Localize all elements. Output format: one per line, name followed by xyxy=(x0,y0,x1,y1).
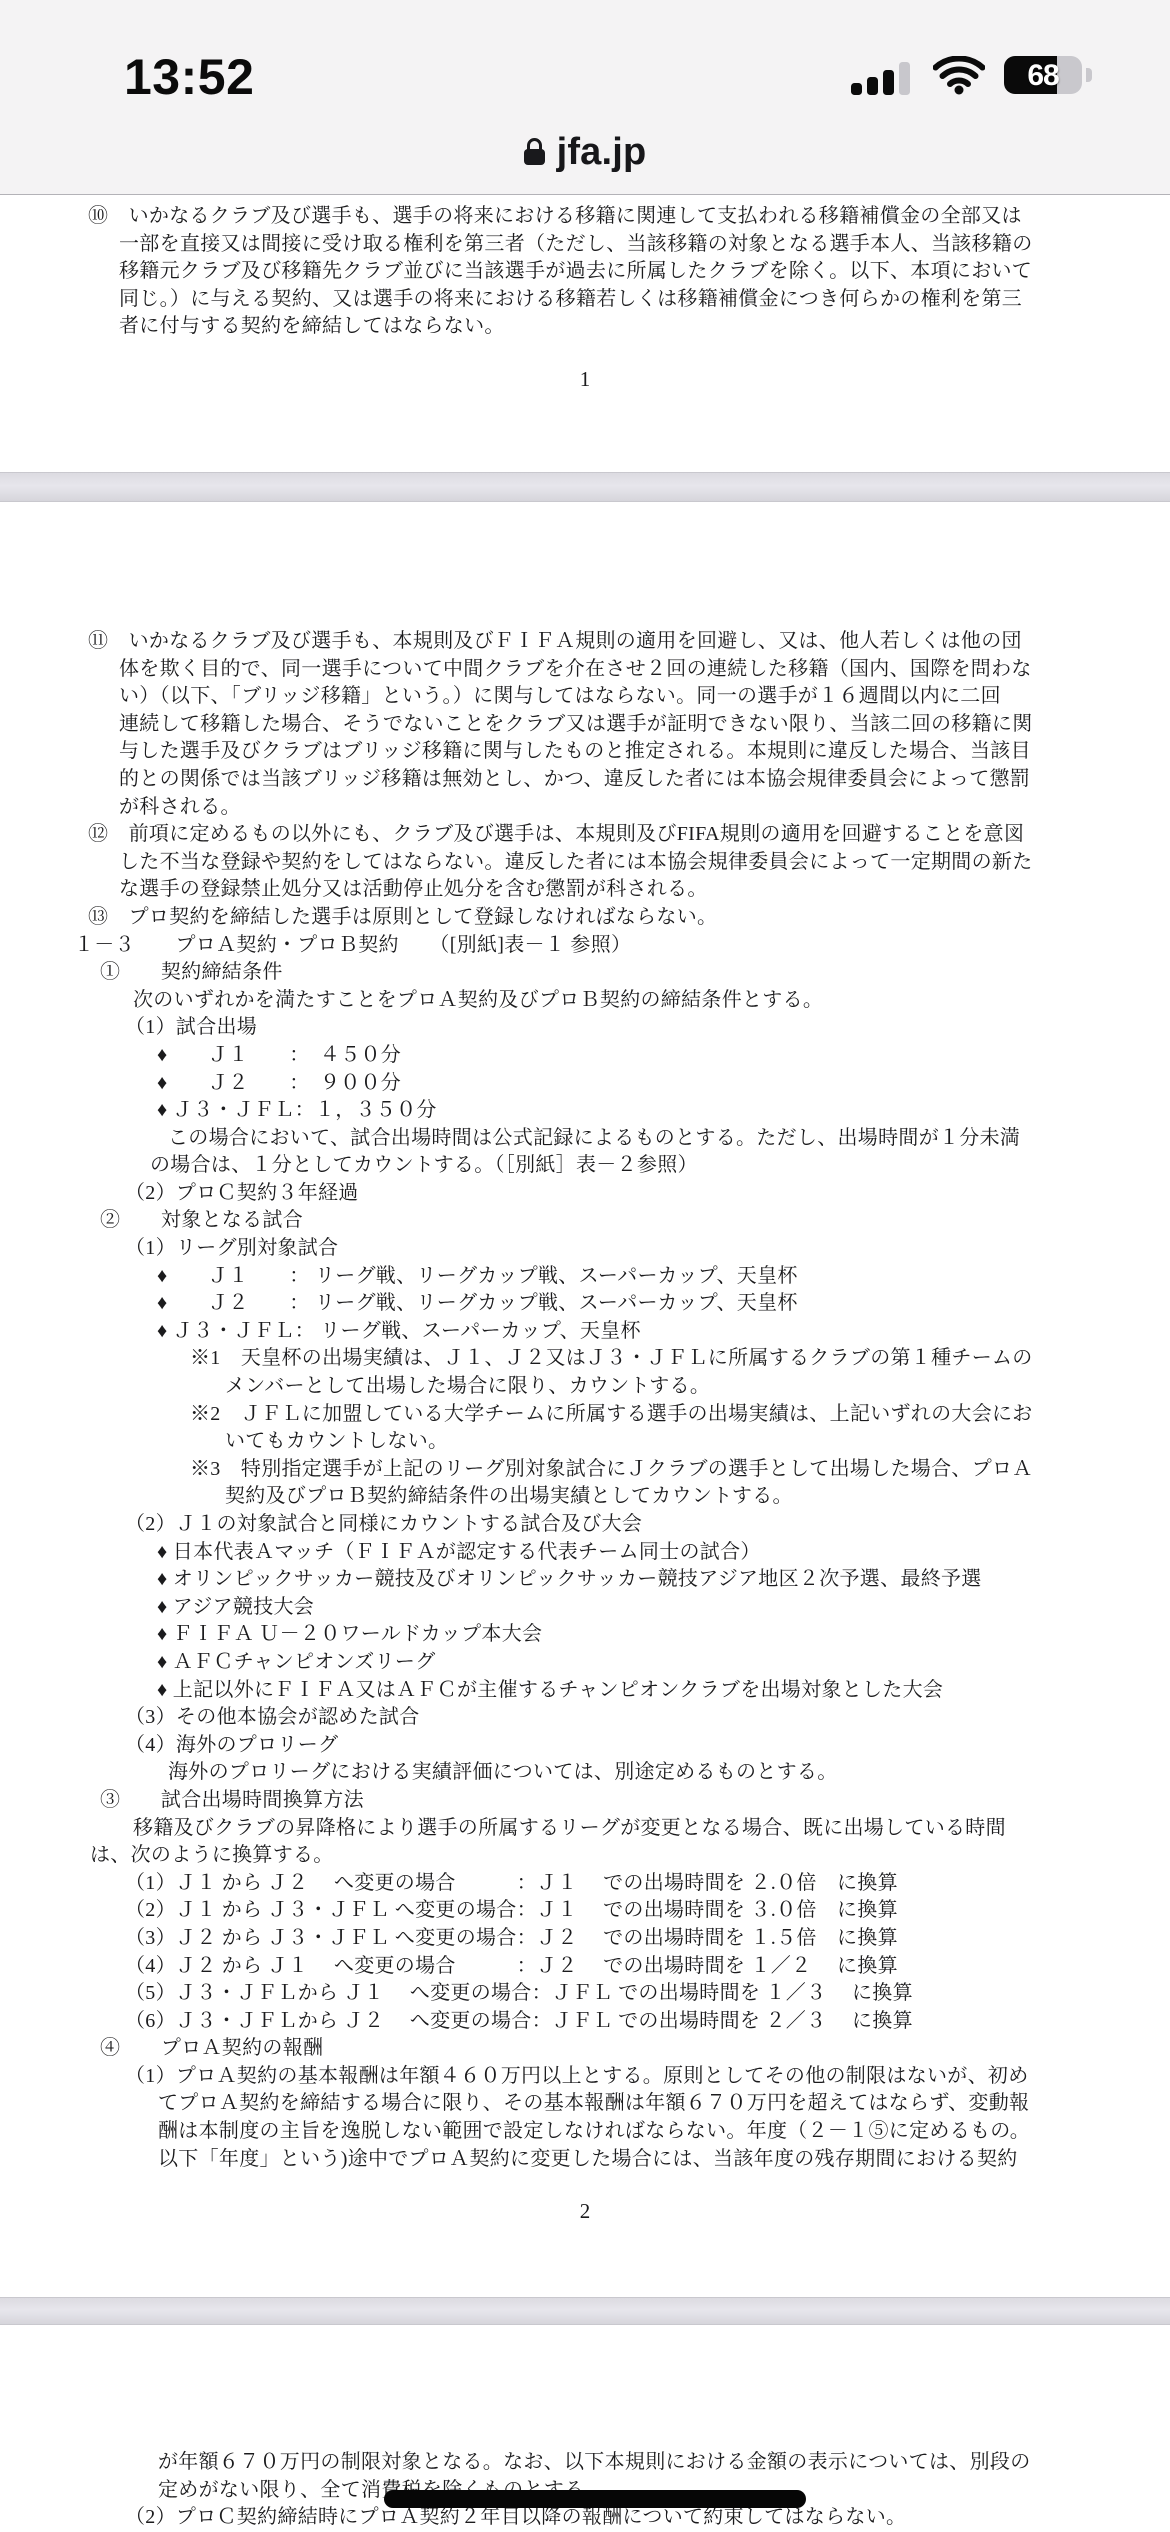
pdf-text-line: てプロＡ契約を締結する場合に限り、その基本報酬は年額６７０万円を超えてはならず、… xyxy=(0,2090,1170,2118)
pdf-text-line: （2）Ｊ１の対象試合と同様にカウントする試合及び大会 xyxy=(0,1511,1170,1539)
pdf-text-line: ⑫ 前項に定めるもの以外にも、クラブ及び選手は、本規則及びFIFA規則の適用を回… xyxy=(0,821,1170,849)
pdf-text-line: （1）試合出場 xyxy=(0,1014,1170,1042)
pdf-viewport[interactable]: ⑩ いかなるクラブ及び選手も、選手の将来における移籍に関連して支払われる移籍補償… xyxy=(0,195,1170,2532)
pdf-text-line: ⑩ いかなるクラブ及び選手も、選手の将来における移籍に関連して支払われる移籍補償… xyxy=(0,203,1170,231)
pdf-text-line: （2）プロＣ契約３年経過 xyxy=(0,1180,1170,1208)
pdf-text-line: が年額６７０万円の制限対象となる。なお、以下本規則における金額の表示については、… xyxy=(0,2449,1170,2477)
pdf-text-line: 海外のプロリーグにおける実績評価については、別途定めるものとする。 xyxy=(0,1759,1170,1787)
pdf-text-line: ♦ アジア競技大会 xyxy=(0,1594,1170,1622)
pdf-text-line: ♦ 上記以外にＦＩＦＡ又はＡＦＣが主催するチャンピオンクラブを出場対象とした大会 xyxy=(0,1677,1170,1705)
battery-cap xyxy=(1086,68,1092,82)
pdf-text-line: ♦ ＡＦＣチャンピオンズリーグ xyxy=(0,1649,1170,1677)
page-separator xyxy=(0,2297,1170,2325)
pdf-text-line: ※3 特別指定選手が上記のリーグ別対象試合にＪクラブの選手として出場した場合、プ… xyxy=(0,1456,1170,1484)
pdf-text-line: い）（以下、「ブリッジ移籍」という。）に関与してはならない。同一の選手が１６週間… xyxy=(0,683,1170,711)
browser-chrome: 13:52 68 jfa.jp xyxy=(0,0,1170,195)
battery-percent-label: 68 xyxy=(1004,56,1082,94)
pdf-text-line: ① 契約締結条件 xyxy=(0,959,1170,987)
pdf-text-line: （2）プロＣ契約締結時にプロＡ契約２年目以降の報酬について約束してはならない。 xyxy=(0,2504,1170,2532)
pdf-text-line: 連続して移籍した場合、そうでないことをクラブ又は選手が証明できない限り、当該二回… xyxy=(0,711,1170,739)
pdf-text-line: ③ 試合出場時間換算方法 xyxy=(0,1787,1170,1815)
pdf-text-line: （4）海外のプロリーグ xyxy=(0,1732,1170,1760)
pdf-text-line: 以下「年度」という)途中でプロＡ契約に変更した場合には、当該年度の残存期間におけ… xyxy=(0,2146,1170,2174)
page-separator xyxy=(0,472,1170,502)
pdf-text-line: な選手の登録禁止処分又は活動停止処分を含む懲罰が科される。 xyxy=(0,876,1170,904)
pdf-text-line: （1）リーグ別対象試合 xyxy=(0,1235,1170,1263)
page-number-label: 1 xyxy=(0,367,1170,392)
pdf-text-line: 与した選手及びクラブはブリッジ移籍に関与したものと推定される。本規則に違反した場… xyxy=(0,738,1170,766)
pdf-text-line: の場合は、１分としてカウントする。（［別紙］表－２参照） xyxy=(0,1152,1170,1180)
pdf-text-line: は、次のように換算する。 xyxy=(0,1842,1170,1870)
pdf-text-line: ② 対象となる試合 xyxy=(0,1207,1170,1235)
pdf-text-line: ♦ Ｊ２ ： リーグ戦、リーグカップ戦、スーパーカップ、天皇杯 xyxy=(0,1290,1170,1318)
pdf-text-line: した不当な登録や契約をしてはならない。違反した者には本協会規律委員会によって一定… xyxy=(0,849,1170,877)
pdf-text-line: （3）Ｊ２ から Ｊ３・ＪＦＬ へ変更の場合：Ｊ２ での出場時間を １.５倍 に… xyxy=(0,1925,1170,1953)
page-number-label: 2 xyxy=(0,2199,1170,2224)
pdf-text-line: 移籍及びクラブの昇降格により選手の所属するリーグが変更となる場合、既に出場してい… xyxy=(0,1815,1170,1843)
pdf-text-line: （3）その他本協会が認めた試合 xyxy=(0,1704,1170,1732)
wifi-icon xyxy=(933,56,985,95)
pdf-text-line: ♦ 日本代表Ａマッチ（ＦＩＦＡが認定する代表チーム同士の試合） xyxy=(0,1539,1170,1567)
pdf-text-line: が科される。 xyxy=(0,794,1170,822)
pdf-text-line: 的との関係では当該ブリッジ移籍は無効とし、かつ、違反した者には本協会規律委員会に… xyxy=(0,766,1170,794)
url-bar[interactable]: jfa.jp xyxy=(0,122,1170,182)
pdf-text-line: ※2 ＪＦＬに加盟している大学チームに所属する選手の出場実績は、上記いずれの大会… xyxy=(0,1401,1170,1429)
pdf-text-line: ⑬ プロ契約を締結した選手は原則として登録しなければならない。 xyxy=(0,904,1170,932)
pdf-text-line: 一部を直接又は間接に受け取る権利を第三者（ただし、当該移籍の対象となる選手本人、… xyxy=(0,231,1170,259)
pdf-text-line: 者に付与する契約を締結してはならない。 xyxy=(0,313,1170,341)
pdf-text-line: 同じ。）に与える契約、又は選手の将来における移籍若しくは移籍補償金につき何らかの… xyxy=(0,286,1170,314)
pdf-text-line: １－３ プロＡ契約・プロＢ契約 （[別紙]表－１ 参照） xyxy=(0,932,1170,960)
pdf-text-line: ♦ Ｊ１ ： リーグ戦、リーグカップ戦、スーパーカップ、天皇杯 xyxy=(0,1263,1170,1291)
pdf-text-line: 次のいずれかを満たすことをプロＡ契約及びプロＢ契約の締結条件とする。 xyxy=(0,987,1170,1015)
pdf-text-line: ♦ Ｊ２ ： ９００分 xyxy=(0,1070,1170,1098)
pdf-text-line: 酬は本制度の主旨を逸脱しない範囲で設定しなければならない。年度（２－１⑤に定める… xyxy=(0,2118,1170,2146)
pdf-text-line: ♦ オリンピックサッカー競技及びオリンピックサッカー競技アジア地区２次予選、最終… xyxy=(0,1566,1170,1594)
redaction-bar xyxy=(384,2490,806,2508)
battery-icon: 68 xyxy=(1004,56,1096,96)
pdf-page-2[interactable]: ⑪ いかなるクラブ及び選手も、本規則及びＦＩＦＡ規則の適用を回避し、又は、他人若… xyxy=(0,502,1170,2297)
pdf-text-line: 契約及びプロＢ契約締結条件の出場実績としてカウントする。 xyxy=(0,1483,1170,1511)
pdf-text-line: メンバーとして出場した場合に限り、カウントする。 xyxy=(0,1373,1170,1401)
pdf-text-line: （5）Ｊ３・ＪＦＬから Ｊ１ へ変更の場合：ＪＦＬ での出場時間を １／３ に換… xyxy=(0,1980,1170,2008)
pdf-text-line: ♦ Ｊ３・ＪＦＬ：１，３５０分 xyxy=(0,1097,1170,1125)
pdf-text-line: ④ プロＡ契約の報酬 xyxy=(0,2035,1170,2063)
pdf-text-line: ♦ Ｊ１ ： ４５０分 xyxy=(0,1042,1170,1070)
pdf-text-line: この場合において、試合出場時間は公式記録によるものとする。ただし、出場時間が１分… xyxy=(0,1125,1170,1153)
url-domain-label: jfa.jp xyxy=(557,131,647,174)
status-time-label: 13:52 xyxy=(124,48,254,106)
pdf-text-line: （2）Ｊ１ から Ｊ３・ＪＦＬ へ変更の場合：Ｊ１ での出場時間を ３.０倍 に… xyxy=(0,1897,1170,1925)
pdf-text-line: （1）Ｊ１ から Ｊ２ へ変更の場合 ：Ｊ１ での出場時間を ２.０倍 に換算 xyxy=(0,1870,1170,1898)
pdf-text-line: ♦ ＦＩＦＡ Ｕ－２０ワールドカップ本大会 xyxy=(0,1621,1170,1649)
pdf-text-line: ※1 天皇杯の出場実績は、Ｊ１、Ｊ２又はＪ３・ＪＦＬに所属するクラブの第１種チー… xyxy=(0,1345,1170,1373)
cellular-signal-icon xyxy=(851,57,913,95)
pdf-text-line: いてもカウントしない。 xyxy=(0,1428,1170,1456)
pdf-text-line: 体を欺く目的で、同一選手について中間クラブを介在させ２回の連続した移籍（国内、国… xyxy=(0,656,1170,684)
lock-icon xyxy=(524,136,546,168)
pdf-text-line: ♦ Ｊ３・ＪＦＬ： リーグ戦、スーパーカップ、天皇杯 xyxy=(0,1318,1170,1346)
pdf-page-1[interactable]: ⑩ いかなるクラブ及び選手も、選手の将来における移籍に関連して支払われる移籍補償… xyxy=(0,195,1170,472)
pdf-text-line: （1）プロＡ契約の基本報酬は年額４６０万円以上とする。原則としてその他の制限はな… xyxy=(0,2063,1170,2091)
pdf-text-line: （6）Ｊ３・ＪＦＬから Ｊ２ へ変更の場合：ＪＦＬ での出場時間を ２／３ に換… xyxy=(0,2008,1170,2036)
pdf-text-line: ⑪ いかなるクラブ及び選手も、本規則及びＦＩＦＡ規則の適用を回避し、又は、他人若… xyxy=(0,628,1170,656)
pdf-text-line: （4）Ｊ２ から Ｊ１ へ変更の場合 ：Ｊ２ での出場時間を １／２ に換算 xyxy=(0,1953,1170,1981)
pdf-text-line: 移籍元クラブ及び移籍先クラブ並びに当該選手が過去に所属したクラブを除く。以下、本… xyxy=(0,258,1170,286)
